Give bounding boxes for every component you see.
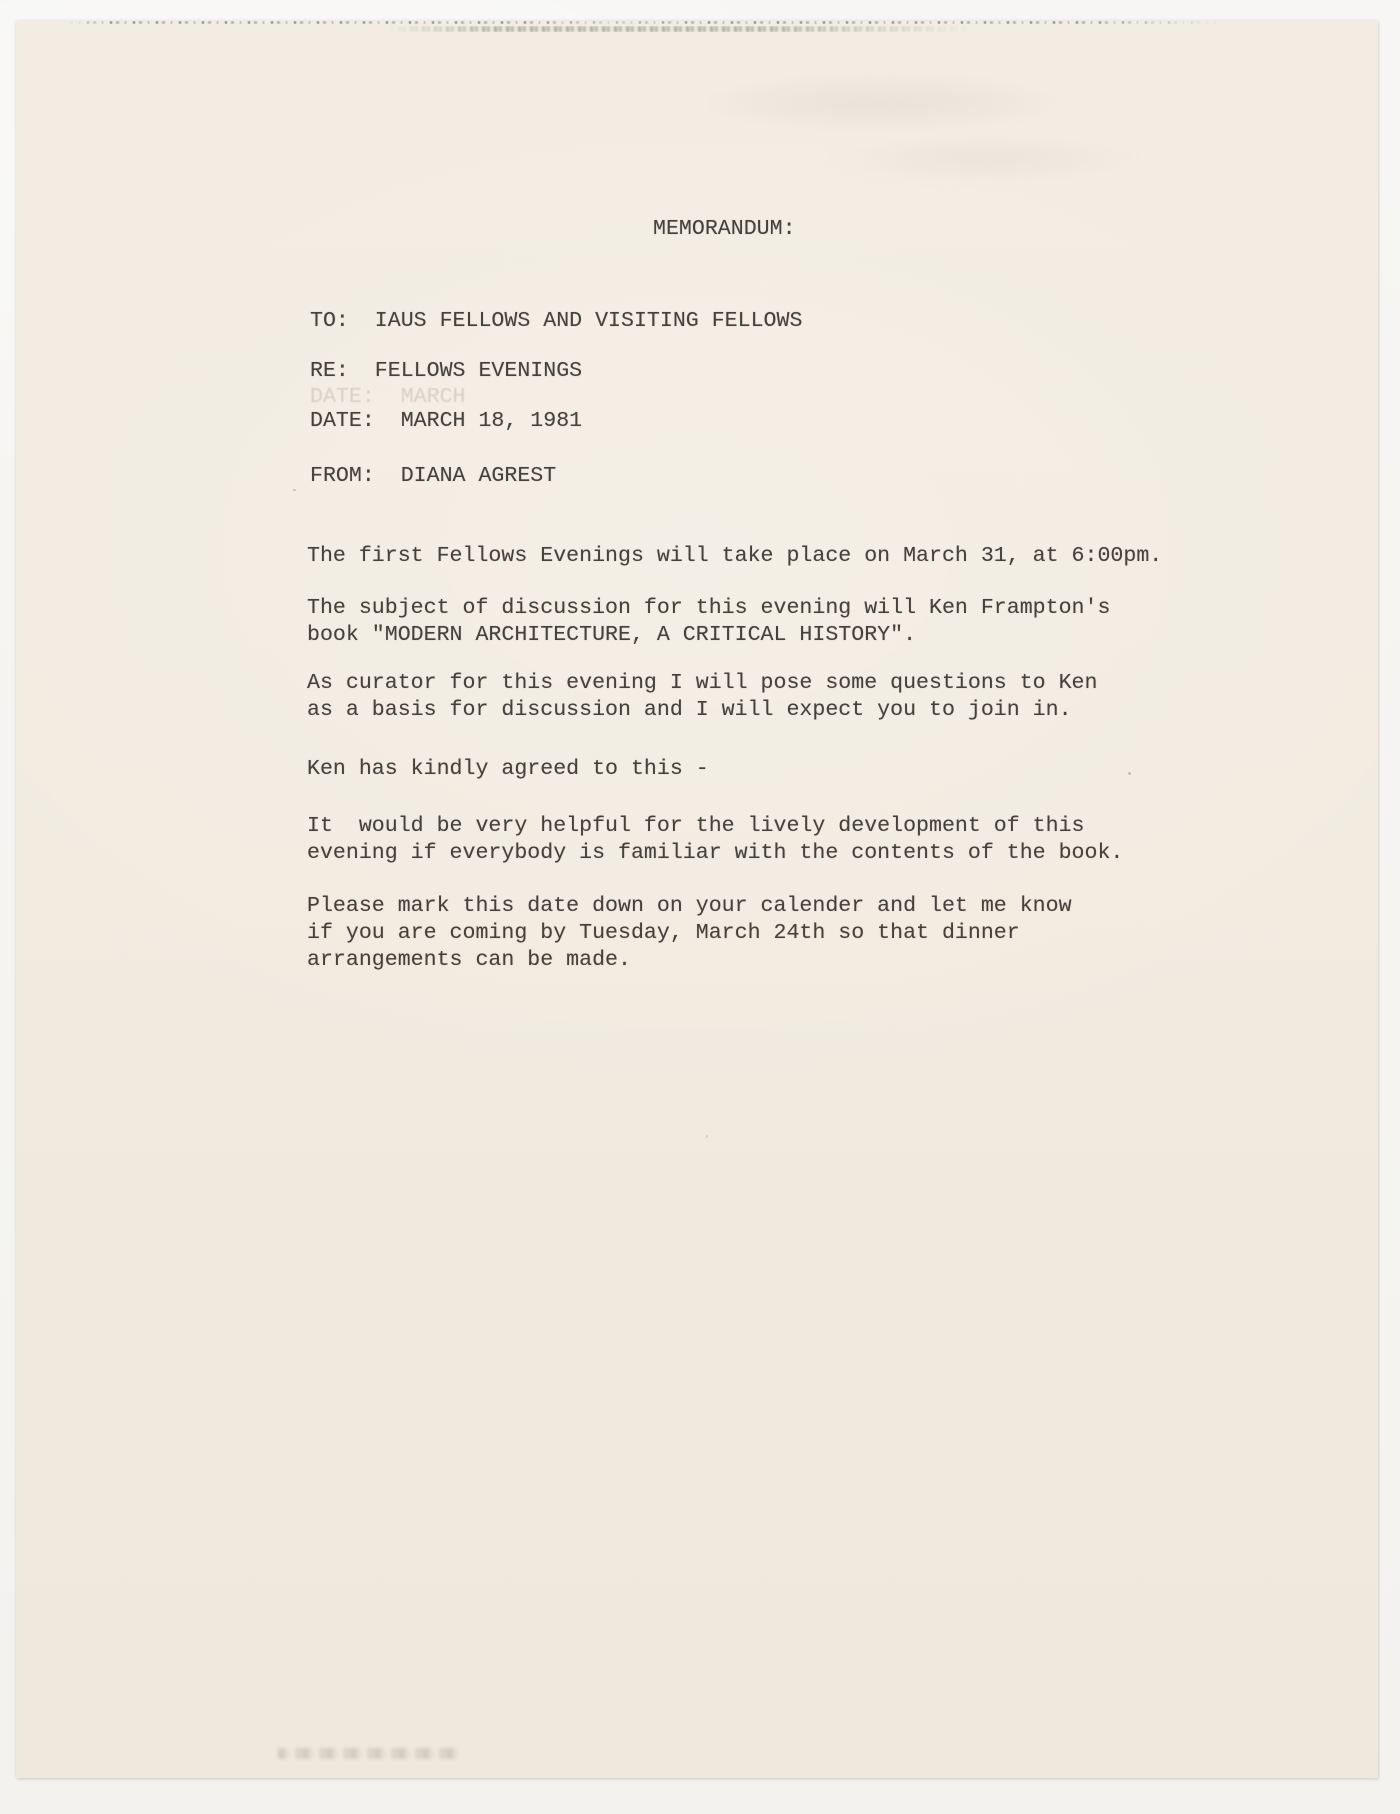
paper-speck (293, 489, 296, 491)
memo-date-line: DATE: MARCH 18, 1981 (310, 408, 582, 435)
memo-title: MEMORANDUM: (653, 216, 796, 243)
erased-typewriter-impression: DATE: MARCH (310, 384, 466, 411)
memo-re-line: RE: FELLOWS EVENINGS (310, 358, 582, 385)
memo-paragraph-1: The first Fellows Evenings will take pla… (307, 543, 1162, 570)
memo-to-line: TO: IAUS FELLOWS AND VISITING FELLOWS (310, 308, 802, 335)
paper-speck (1128, 772, 1131, 775)
memo-paragraph-2: The subject of discussion for this eveni… (307, 595, 1110, 649)
memo-paragraph-4: Ken has kindly agreed to this - (307, 756, 709, 783)
memo-page: MEMORANDUM: TO: IAUS FELLOWS AND VISITIN… (16, 21, 1378, 1778)
paper-speck (706, 1135, 708, 1138)
paper-top-edge-smudge (386, 26, 976, 32)
paper-top-edge-scuff (64, 21, 1224, 24)
scanner-background: MEMORANDUM: TO: IAUS FELLOWS AND VISITIN… (0, 0, 1400, 1814)
memo-paragraph-6: Please mark this date down on your calen… (307, 893, 1072, 974)
ink-bleedthrough-faint-upper (706, 61, 1136, 201)
memo-paragraph-5: It would be very helpful for the lively … (307, 813, 1123, 867)
ink-bleedthrough-smudge (278, 1748, 458, 1759)
memo-paragraph-3: As curator for this evening I will pose … (307, 670, 1097, 724)
memo-from-line: FROM: DIANA AGREST (310, 463, 556, 490)
